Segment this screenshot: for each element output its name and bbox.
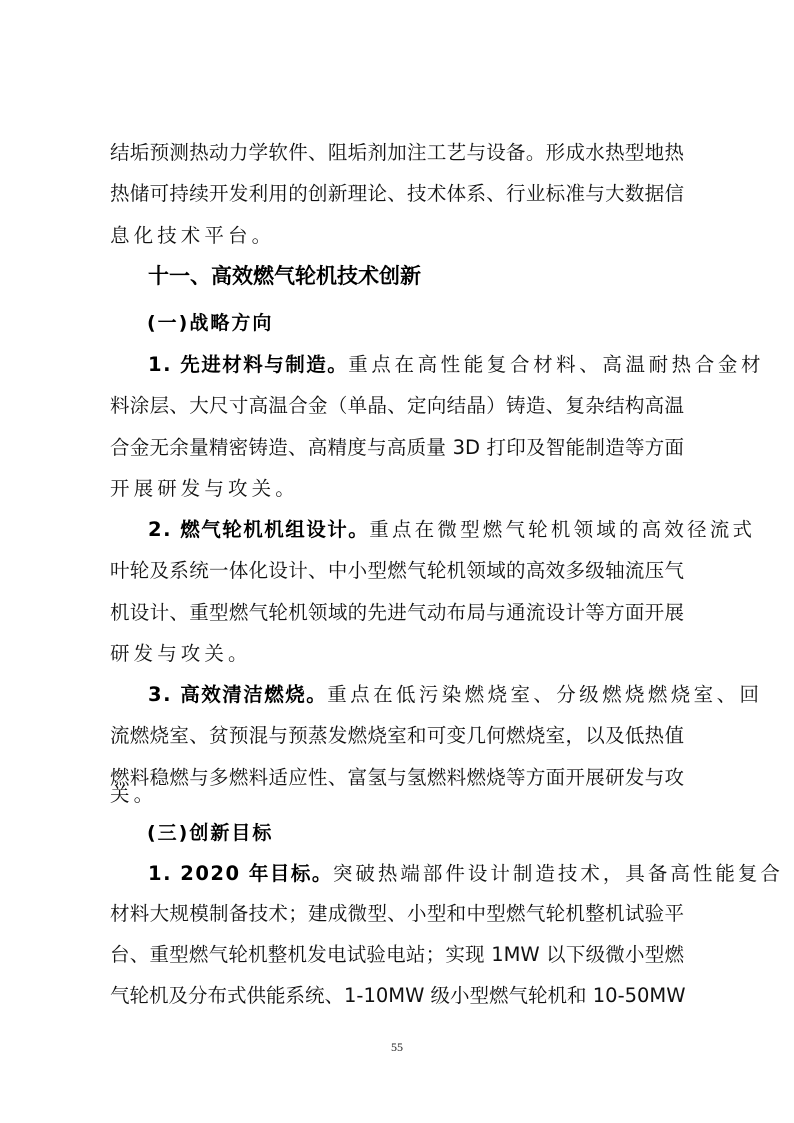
item-lead: 1. 2020 年目标。 <box>148 862 333 885</box>
paragraph-line: 材料大规模制备技术；建成微型、小型和中型燃气轮机整机试验平 <box>110 902 684 926</box>
paragraph-line: 结垢预测热动力学软件、阻垢剂加注工艺与设备。形成水热型地热 <box>110 141 684 165</box>
document-page: 结垢预测热动力学软件、阻垢剂加注工艺与设备。形成水热型地热 热储可持续开发利用的… <box>0 0 794 1123</box>
item-lead: 1. 先进材料与制造。 <box>148 353 348 376</box>
subsection-heading-strategy: (一)战略方向 <box>147 311 273 335</box>
paragraph-line: 研发与攻关。 <box>110 642 690 666</box>
paragraph-line: 热储可持续开发利用的创新理论、技术体系、行业标准与大数据信 <box>110 182 684 206</box>
paragraph-line: 息化技术平台。 <box>110 224 690 248</box>
paragraph-line: 料涂层、大尺寸高温合金（单晶、定向结晶）铸造、复杂结构高温 <box>110 394 684 418</box>
item-first-line: 1. 2020 年目标。突破热端部件设计制造技术，具备高性能复合 <box>148 862 728 886</box>
page-number: 55 <box>0 1040 794 1055</box>
paragraph-line: 叶轮及系统一体化设计、中小型燃气轮机领域的高效多级轴流压气 <box>110 559 684 583</box>
item-text: 重点在低污染燃烧室、分级燃烧燃烧室、回 <box>327 683 762 706</box>
paragraph-line: 流燃烧室、贫预混与预蒸发燃烧室和可变几何燃烧室，以及低热值 <box>110 724 684 748</box>
item-text: 重点在高性能复合材料、高温耐热合金材 <box>348 353 764 376</box>
paragraph-line: 机设计、重型燃气轮机领域的先进气动布局与通流设计等方面开展 <box>110 601 684 625</box>
paragraph-line: 台、重型燃气轮机整机发电试验电站；实现 1MW 以下级微小型燃 <box>110 943 684 967</box>
item-first-line: 3. 高效清洁燃烧。重点在低污染燃烧室、分级燃烧燃烧室、回 <box>148 683 728 707</box>
subsection-heading-goals: (三)创新目标 <box>147 821 273 845</box>
item-first-line: 2. 燃气轮机机组设计。重点在微型燃气轮机领域的高效径流式 <box>148 518 728 542</box>
paragraph-line: 关。 <box>110 783 690 807</box>
paragraph-line: 气轮机及分布式供能系统、1-10MW 级小型燃气轮机和 10-50MW <box>110 984 684 1008</box>
item-text: 重点在微型燃气轮机领域的高效径流式 <box>369 518 755 541</box>
item-lead: 2. 燃气轮机机组设计。 <box>148 518 369 541</box>
section-heading: 十一、高效燃气轮机技术创新 <box>148 263 421 289</box>
paragraph-line: 开展研发与攻关。 <box>110 477 690 501</box>
paragraph-line: 合金无余量精密铸造、高精度与高质量 3D 打印及智能制造等方面 <box>110 436 684 460</box>
item-text: 突破热端部件设计制造技术，具备高性能复合 <box>333 862 783 885</box>
item-first-line: 1. 先进材料与制造。重点在高性能复合材料、高温耐热合金材 <box>148 353 728 377</box>
item-lead: 3. 高效清洁燃烧。 <box>148 683 327 706</box>
